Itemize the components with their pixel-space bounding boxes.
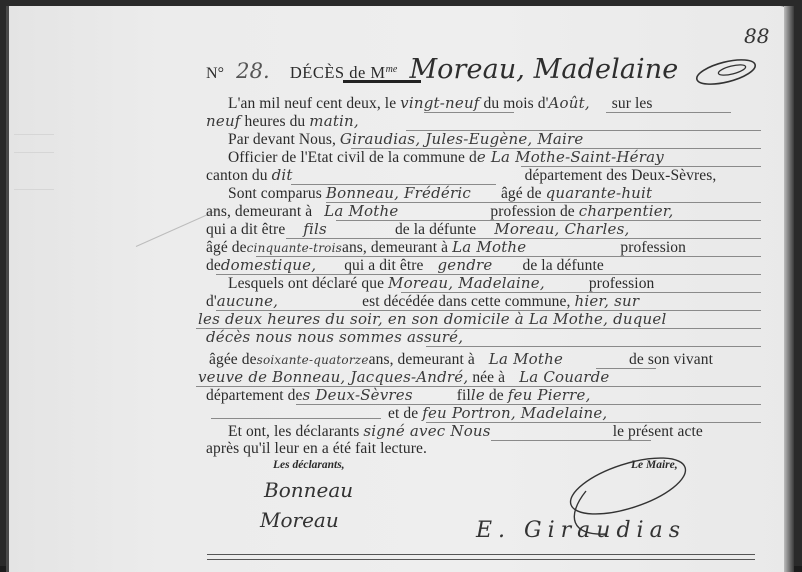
printed-text: profession bbox=[620, 239, 686, 256]
handwritten-birthplace: La Couarde bbox=[519, 368, 609, 386]
printed-text: du mois d' bbox=[484, 95, 549, 112]
handwritten-age-2: cinquante-trois bbox=[247, 241, 342, 255]
line-officer-name: Par devant Nous, Giraudias, Jules-Eugène… bbox=[228, 130, 583, 149]
line-profession-2: dedomestique, qui a dit être gendre de l… bbox=[206, 256, 604, 275]
folio-number: 88 bbox=[744, 24, 769, 48]
record-end-double-rule bbox=[207, 554, 755, 560]
line-parents-father: département des Deux-Sèvres fille de feu… bbox=[206, 386, 591, 405]
declarant-signature-2: Moreau bbox=[260, 508, 339, 532]
handwritten-profession-1: charpentier, bbox=[579, 202, 674, 220]
handwritten-age-1: quarante-huit bbox=[546, 184, 653, 202]
printed-text: heures du bbox=[245, 113, 306, 130]
line-deceased: Lesquels ont déclaré que Moreau, Madelai… bbox=[228, 274, 654, 293]
paper-sheet: 88 N° 28. DÉCÈS de Mme Moreau, Madelaine… bbox=[6, 6, 794, 566]
handwritten-deceased-residence: La Mothe bbox=[489, 350, 563, 368]
printed-text: département de bbox=[206, 387, 303, 404]
handwritten-profession-2: domestique, bbox=[221, 256, 316, 274]
printed-text: âgé de bbox=[206, 239, 247, 256]
line-hour: neuf heures du matin, bbox=[206, 112, 359, 131]
record-number-label: N° bbox=[206, 65, 224, 82]
handwritten-signed-with: signé avec Nous bbox=[363, 422, 490, 440]
printed-text: est décédée dans cette commune, bbox=[362, 293, 570, 310]
printed-text: qui a dit être bbox=[206, 221, 285, 238]
line-death-details: les deux heures du soir, en son domicile… bbox=[198, 310, 666, 328]
printed-text: de bbox=[489, 387, 504, 404]
declarant-signature-1: Bonneau bbox=[264, 478, 353, 502]
handwritten-parent: Moreau, Charles, bbox=[494, 220, 629, 238]
printed-text: de son vivant bbox=[629, 351, 713, 368]
printed-text: canton du bbox=[206, 167, 268, 184]
printed-text: Lesquels ont déclaré que bbox=[228, 275, 384, 292]
printed-text: profession de bbox=[490, 203, 574, 220]
line-declarant-2: âgé decinquante-troisans, demeurant à La… bbox=[206, 238, 686, 257]
name-flourish-icon bbox=[692, 52, 762, 92]
printed-text: ans, demeurant à bbox=[342, 239, 448, 256]
printed-text: le présent acte bbox=[613, 423, 703, 440]
printed-text: ans, demeurant à bbox=[369, 351, 475, 368]
line-signed: Et ont, les déclarants signé avec Nous l… bbox=[228, 422, 703, 441]
fill-rule bbox=[424, 112, 514, 113]
printed-text: de la défunte bbox=[522, 257, 603, 274]
fill-rule bbox=[211, 418, 381, 419]
header-underline bbox=[343, 80, 421, 83]
line-reading: après qu'il leur en a été fait lecture. bbox=[206, 440, 427, 458]
handwritten-deceased-age: soixante-quatorze bbox=[257, 353, 369, 367]
printed-text: fil bbox=[457, 387, 471, 404]
mayor-signature: E. Giraudias bbox=[476, 518, 686, 543]
handwritten-department: s Deux-Sèvres bbox=[303, 386, 413, 404]
handwritten-officer: Giraudias, Jules-Eugène, Maire bbox=[340, 130, 584, 148]
printed-text: d' bbox=[206, 293, 217, 310]
handwritten-time-of-day: matin, bbox=[309, 112, 359, 130]
handwritten-mother: feu Portron, Madelaine, bbox=[422, 404, 607, 422]
printed-text: âgée de bbox=[209, 351, 257, 368]
line-death-place: d'aucune, est décédée dans cette commune… bbox=[206, 292, 639, 311]
record-number: 28. bbox=[236, 59, 270, 83]
printed-text: Sont comparus bbox=[228, 185, 322, 202]
line-date: L'an mil neuf cent deux, le vingt-neuf d… bbox=[228, 94, 653, 113]
handwritten-hour: neuf bbox=[206, 112, 241, 130]
line-declarant-1: Sont comparus Bonneau, Frédéric âgé de q… bbox=[228, 184, 652, 203]
handwritten-father: feu Pierre, bbox=[508, 386, 591, 404]
line-parents-mother: et de feu Portron, Madelaine, bbox=[388, 404, 607, 423]
handwritten-deceased-profession: aucune, bbox=[217, 292, 278, 310]
handwritten-commune: e La Mothe-Saint-Héray bbox=[477, 148, 664, 166]
printed-text: département des Deux-Sèvres, bbox=[525, 167, 717, 184]
printed-text: Officier de l'Etat civil de la commune d bbox=[228, 149, 477, 166]
printed-text: Et ont, les déclarants bbox=[228, 423, 359, 440]
handwritten-gender-suffix: le bbox=[471, 386, 485, 404]
printed-text: L'an mil neuf cent deux, le bbox=[228, 95, 396, 112]
handwritten-relation-1: fils bbox=[303, 220, 327, 238]
printed-text: sur les bbox=[612, 95, 653, 112]
printed-text: ans, demeurant à bbox=[206, 203, 312, 220]
margin-ghost-rule bbox=[14, 134, 54, 135]
fill-rule bbox=[606, 112, 731, 113]
line-canton: canton du dit département des Deux-Sèvre… bbox=[206, 166, 716, 185]
fill-rule bbox=[491, 440, 651, 441]
handwritten-declarant-1: Bonneau, Frédéric bbox=[326, 184, 471, 202]
line-residence-1: ans, demeurant à La Mothe profession de … bbox=[206, 202, 673, 221]
title-honorific-suffix: me bbox=[386, 64, 398, 75]
line-deceased-age: âgée desoixante-quatorzeans, demeurant à… bbox=[209, 350, 713, 369]
handwritten-relation-2: gendre bbox=[438, 256, 493, 274]
printed-text: et de bbox=[388, 405, 418, 422]
line-death-verification: décès nous nous sommes assuré, bbox=[206, 328, 463, 346]
scanned-register-page: 88 N° 28. DÉCÈS de Mme Moreau, Madelaine… bbox=[0, 0, 802, 566]
printed-text: qui a dit être bbox=[344, 257, 423, 274]
handwritten-residence-1: La Mothe bbox=[324, 202, 398, 220]
handwritten-month: Août, bbox=[548, 94, 589, 112]
line-relation-1: qui a dit être fils de la défunte Moreau… bbox=[206, 220, 629, 239]
printed-text: née à bbox=[472, 369, 505, 386]
record-header: N° 28. DÉCÈS de Mme Moreau, Madelaine bbox=[206, 54, 678, 85]
declarants-label: Les déclarants, bbox=[273, 459, 345, 471]
handwritten-spouse: veuve de Bonneau, Jacques-André, bbox=[198, 368, 468, 386]
handwritten-residence-2: La Mothe bbox=[452, 238, 526, 256]
handwritten-day: vingt-neuf bbox=[400, 94, 479, 112]
printed-text: de bbox=[206, 257, 221, 274]
printed-text: Par devant Nous, bbox=[228, 131, 336, 148]
printed-text: âgé de bbox=[501, 185, 542, 202]
line-spouse-birthplace: veuve de Bonneau, Jacques-André, née à L… bbox=[198, 368, 610, 387]
handwritten-death-when: hier, sur bbox=[574, 292, 639, 310]
handwritten-deceased-name: Moreau, Madelaine, bbox=[388, 274, 545, 292]
margin-ghost-rule bbox=[14, 152, 54, 153]
page-edge-shadow bbox=[784, 6, 794, 566]
deceased-name-heading: Moreau, Madelaine bbox=[409, 54, 678, 85]
line-commune: Officier de l'Etat civil de la commune d… bbox=[228, 148, 664, 167]
printed-text: de la défunte bbox=[395, 221, 476, 238]
handwritten-canton: dit bbox=[272, 166, 293, 184]
fill-rule bbox=[426, 346, 761, 347]
margin-ghost-rule bbox=[14, 189, 54, 190]
printed-text: profession bbox=[589, 275, 655, 292]
